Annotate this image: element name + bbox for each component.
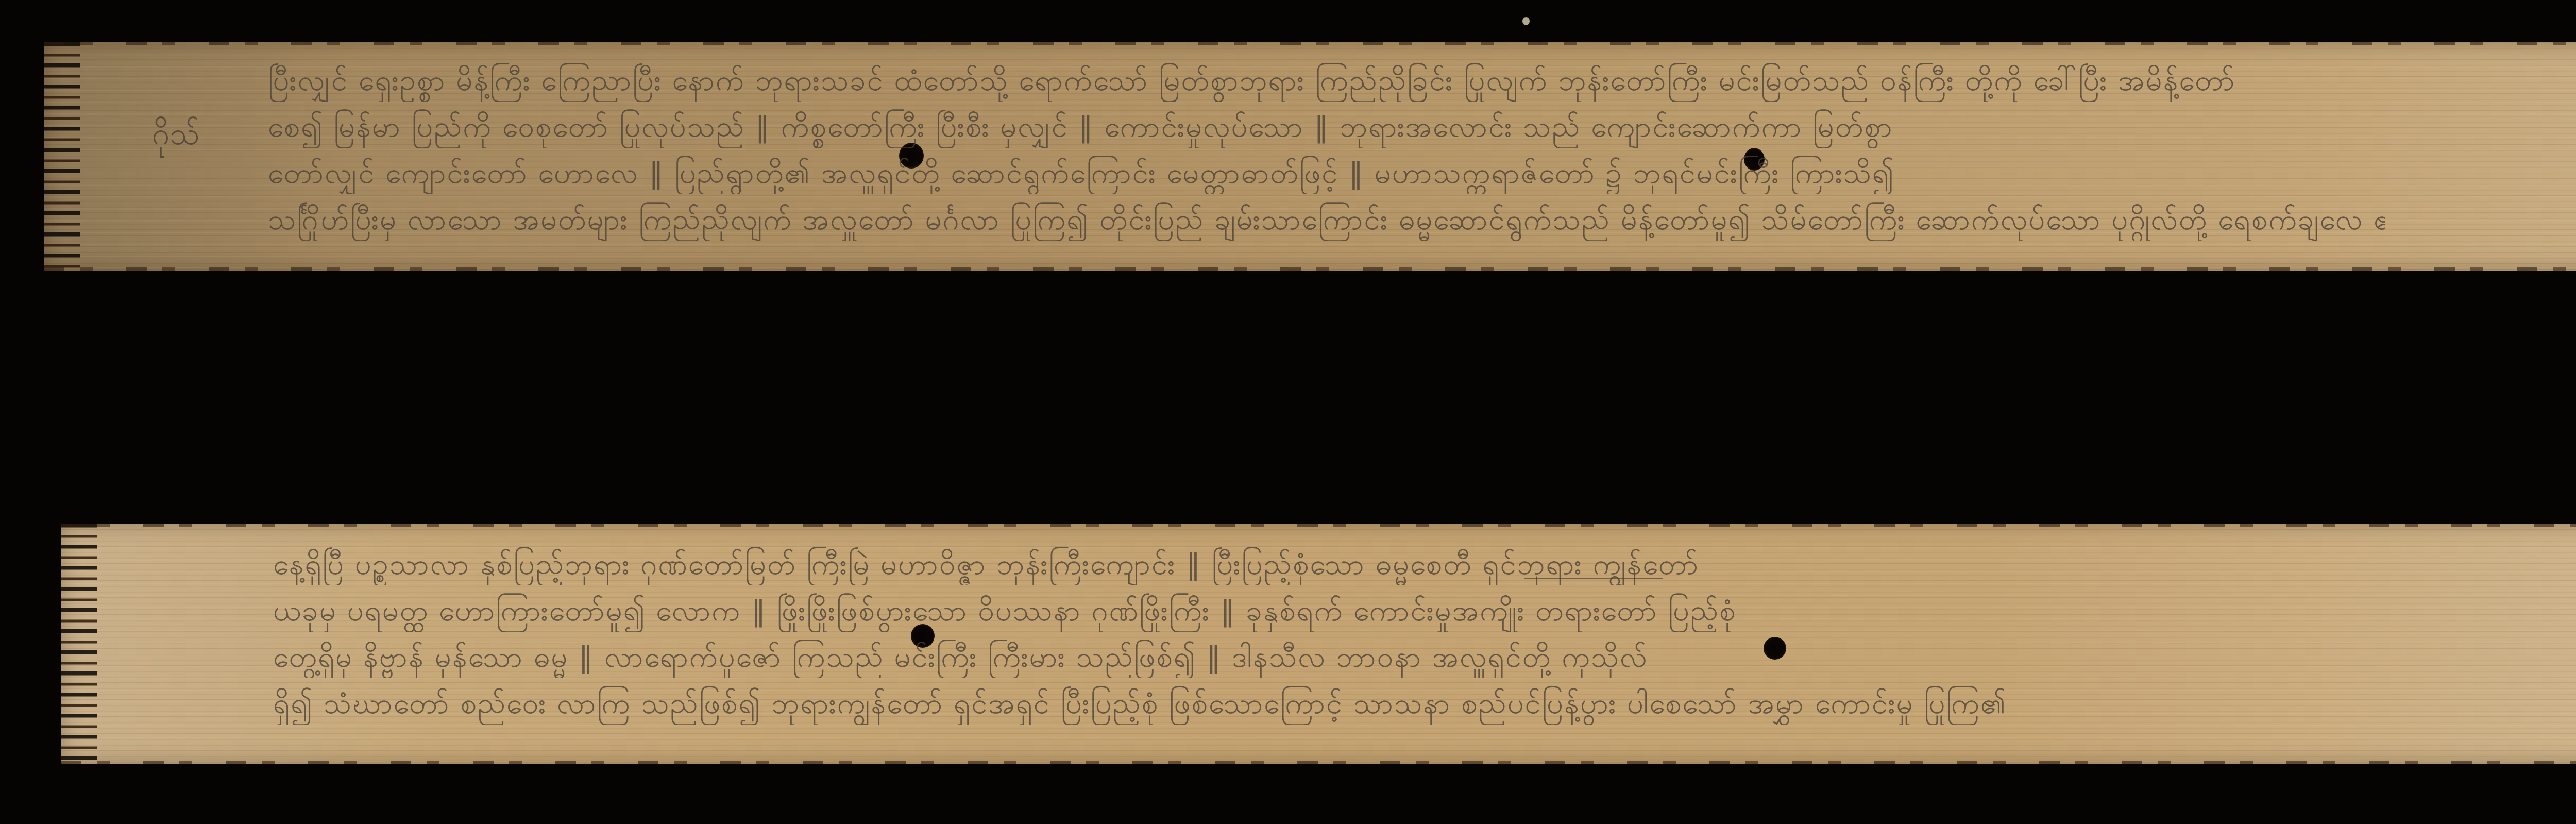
text-line-2: ယခုမှ ပရမတ္ထ ဟောကြားတော်မူ၍ လောက ‖ ဖြိုး…	[273, 591, 2576, 632]
palm-leaf-top: ဂိုသ် ပြီးလျှင် ရှေးဥစ္စာ မိန့်ကြီး ကြေည…	[44, 42, 2576, 271]
manuscript-text: ပြီးလျှင် ရှေးဥစ္စာ မိန့်ကြီး ကြေညာပြီး …	[44, 42, 2576, 271]
text-line-4: သင်္ဂြိုဟ်ပြီးမှ လာသော အမတ်များ ကြည်ညိုလ…	[268, 199, 2385, 241]
palm-leaf-bottom: နေ့ရှိပြီ ပဉ္စသာလာ နှစ်ပြည့်ဘုရား ဂုဏ်တေ…	[61, 524, 2576, 764]
dust-speck	[1522, 17, 1530, 25]
text-line-4: ရှိ၍ သံဃာတော် စည်ဝေး လာကြ သည်ဖြစ်၍ ဘုရား…	[273, 683, 2391, 725]
text-line-1: ပြီးလျှင် ရှေးဥစ္စာ မိန့်ကြီး ကြေညာပြီး …	[268, 60, 2576, 102]
text-line-2: စေ၍ မြန်မာ ပြည်ကို ဝေစုတော် ပြုလုပ်သည် ‖…	[268, 107, 2576, 148]
text-line-1: နေ့ရှိပြီ ပဉ္စသာလာ နှစ်ပြည့်ဘုရား ဂုဏ်တေ…	[273, 544, 2576, 585]
text-line-3: တော်လျှင် ကျောင်းတော် ဟောလေ ‖ ပြည်ရွာတို…	[268, 153, 2576, 194]
manuscript-text: နေ့ရှိပြီ ပဉ္စသာလာ နှစ်ပြည့်ဘုရား ဂုဏ်တေ…	[61, 524, 2576, 764]
text-line-3: တွေ့ရှိမှ နိဗ္ဗာန် မှန်သော ဓမ္မ ‖ လာရောက…	[273, 637, 2576, 678]
